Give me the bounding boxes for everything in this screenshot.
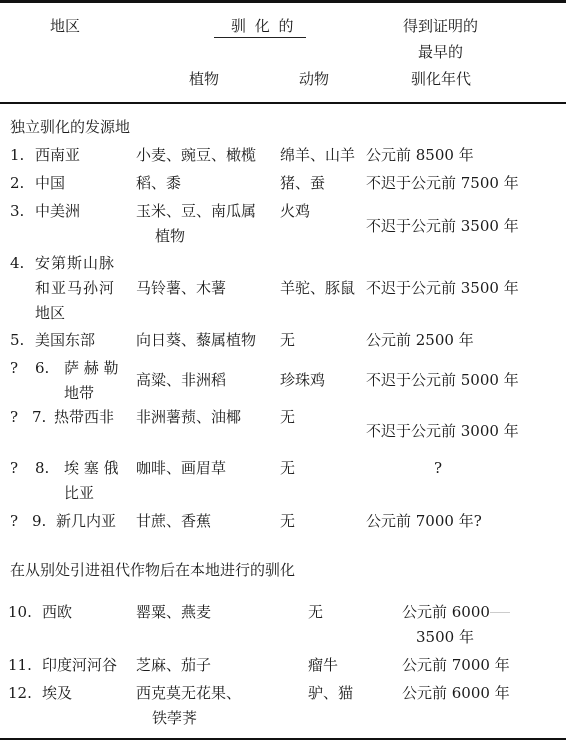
row-region-cont: 和亚马孙河 [35, 278, 115, 298]
row-animals: 火鸡 [280, 201, 310, 221]
row-date: 公元前 2500 年 [366, 330, 474, 350]
row-number: 9. [32, 511, 46, 531]
header-earliest-line1: 得到证明的 [403, 16, 478, 36]
row-animals: 珍珠鸡 [280, 370, 325, 390]
row-region: 埃及 [42, 683, 72, 703]
row-region: 萨 赫 勒 [64, 358, 119, 378]
row-date: 公元前 6000 年 [402, 683, 510, 703]
row-date: 公元前 7000 年 [402, 655, 510, 675]
row-date: ? [434, 458, 442, 478]
uncertain-mark: ? [10, 407, 18, 427]
header-region: 地区 [50, 16, 80, 36]
row-number: 5. [10, 330, 24, 350]
row-number: 8. [35, 458, 49, 478]
row-animals: 无 [308, 602, 323, 622]
header-plants: 植物 [189, 69, 219, 89]
row-number: 7. [32, 407, 46, 427]
row-plants: 高粱、非洲稻 [136, 370, 226, 390]
row-number: 6. [35, 358, 49, 378]
row-plants: 咖啡、画眉草 [136, 458, 226, 478]
row-region-cont: 比亚 [64, 483, 94, 503]
row-plants: 非洲薯蓣、油椰 [136, 407, 241, 427]
row-date: 不迟于公元前 7500 年 [366, 173, 519, 193]
row-region-cont: 地带 [64, 383, 94, 403]
header-earliest-line2: 最早的 [418, 42, 463, 62]
row-region: 中美洲 [35, 201, 80, 221]
row-region: 中国 [35, 173, 65, 193]
row-plants-cont: 铁荸荠 [152, 708, 197, 728]
header-rule [0, 102, 566, 104]
row-date: 不迟于公元前 5000 年 [366, 370, 519, 390]
row-region-cont: 地区 [35, 303, 65, 323]
table-top-rule [0, 0, 566, 3]
row-date: 不迟于公元前 3500 年 [366, 216, 519, 236]
row-plants: 马铃薯、木薯 [136, 278, 226, 298]
header-domesticated: 驯 化 的 [231, 16, 296, 36]
header-animals: 动物 [299, 69, 329, 89]
uncertain-mark: ? [10, 358, 18, 378]
row-plants: 向日葵、藜属植物 [136, 330, 256, 350]
row-region: 西欧 [42, 602, 72, 622]
row-region: 美国东部 [35, 330, 95, 350]
row-number: 1. [10, 145, 24, 165]
row-plants: 芝麻、茄子 [136, 655, 211, 675]
row-animals: 无 [280, 511, 295, 531]
row-date: 公元前 7000 年? [366, 511, 482, 531]
row-region: 西南亚 [35, 145, 80, 165]
header-domesticated-underline [214, 37, 306, 38]
row-animals: 无 [280, 407, 295, 427]
range-dash [490, 612, 510, 613]
row-animals: 无 [280, 458, 295, 478]
row-plants-cont: 植物 [155, 226, 185, 246]
section-title-introduced: 在从别处引进祖代作物后在本地进行的驯化 [10, 560, 295, 580]
row-animals: 无 [280, 330, 295, 350]
row-number: 3. [10, 201, 24, 221]
row-number: 11. [8, 655, 32, 675]
row-animals: 瘤牛 [308, 655, 338, 675]
row-region: 热带西非 [54, 407, 114, 427]
row-plants: 西克莫无花果、 [136, 683, 241, 703]
row-plants: 小麦、豌豆、橄榄 [136, 145, 256, 165]
row-date: 不迟于公元前 3000 年 [366, 421, 519, 441]
row-date: 不迟于公元前 3500 年 [366, 278, 519, 298]
row-number: 12. [8, 683, 32, 703]
section-title-independent: 独立驯化的发源地 [10, 117, 130, 137]
row-region: 埃 塞 俄 [64, 458, 119, 478]
row-number: 4. [10, 253, 24, 273]
row-region: 印度河河谷 [42, 655, 117, 675]
row-region: 新几内亚 [56, 511, 116, 531]
row-date-cont: 3500 年 [416, 627, 474, 647]
row-number: 10. [8, 602, 32, 622]
row-plants: 甘蔗、香蕉 [136, 511, 211, 531]
row-region: 安第斯山脉 [35, 253, 115, 273]
row-plants: 稻、黍 [136, 173, 181, 193]
row-animals: 绵羊、山羊 [280, 145, 355, 165]
row-animals: 驴、猫 [308, 683, 353, 703]
uncertain-mark: ? [10, 458, 18, 478]
row-animals: 猪、蚕 [280, 173, 325, 193]
row-animals: 羊驼、豚鼠 [280, 278, 355, 298]
header-earliest-line3: 驯化年代 [411, 69, 471, 89]
row-plants: 罂粟、燕麦 [136, 602, 211, 622]
uncertain-mark: ? [10, 511, 18, 531]
row-date: 公元前 8500 年 [366, 145, 474, 165]
row-plants: 玉米、豆、南瓜属 [136, 201, 256, 221]
row-number: 2. [10, 173, 24, 193]
row-date: 公元前 6000 [402, 602, 490, 622]
